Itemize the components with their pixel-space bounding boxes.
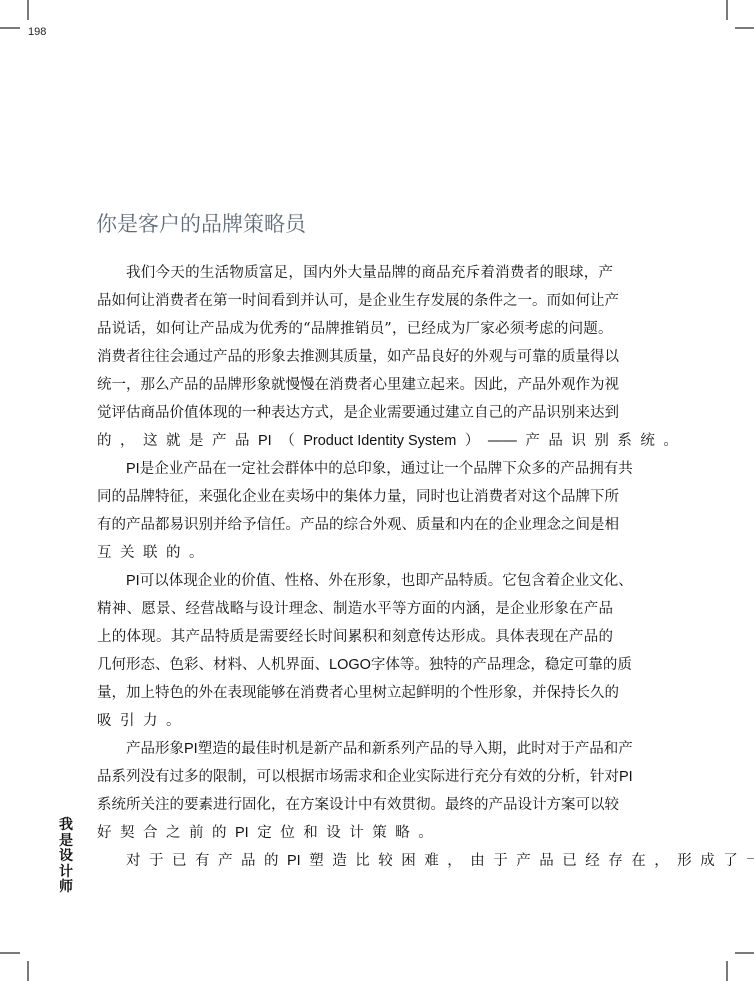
paragraph: 对于已有产品的PI塑造比较困难，由于产品已经存在，形成了一定的固化形象， bbox=[97, 847, 613, 875]
text-line: 品系列没有过多的限制，可以根据市场需求和企业实际进行充分有效的分析，针对PI bbox=[97, 763, 613, 791]
text-line: PI可以体现企业的价值、性格、外在形象，也即产品特质。它包含着企业文化、 bbox=[97, 567, 613, 595]
text-line: 对于已有产品的PI塑造比较困难，由于产品已经存在，形成了一定的固化形象， bbox=[97, 847, 613, 875]
text-line: 有的产品都易识别并给予信任。产品的综合外观、质量和内在的企业理念之间是相 bbox=[97, 511, 613, 539]
text-line: 同的品牌特征，来强化企业在卖场中的集体力量，同时也让消费者对这个品牌下所 bbox=[97, 483, 613, 511]
crop-mark-bottom-right-horizontal bbox=[735, 952, 754, 954]
text-line: 上的体现。其产品特质是需要经长时间累积和刻意传达形成。具体表现在产品的 bbox=[97, 623, 613, 651]
crop-mark-bottom-left-vertical bbox=[27, 961, 29, 981]
text-line: 品如何让消费者在第一时间看到并认可，是企业生存发展的条件之一。而如何让产 bbox=[97, 287, 613, 315]
paragraph: 我们今天的生活物质富足，国内外大量品牌的商品充斥着消费者的眼球，产品如何让消费者… bbox=[97, 259, 613, 455]
text-line: 量，加上特色的外在表现能够在消费者心里树立起鲜明的个性形象，并保持长久的 bbox=[97, 679, 613, 707]
text-line: 吸引力。 bbox=[97, 707, 613, 735]
page-number: 198 bbox=[28, 26, 46, 38]
section-title: 你是客户的品牌策略员 bbox=[96, 208, 306, 238]
crop-mark-top-right-vertical bbox=[726, 0, 728, 20]
crop-mark-top-right-horizontal bbox=[735, 27, 754, 29]
article-body: 我们今天的生活物质富足，国内外大量品牌的商品充斥着消费者的眼球，产品如何让消费者… bbox=[97, 259, 613, 875]
text-line: 消费者往往会通过产品的形象去推测其质量，如产品良好的外观与可靠的质量得以 bbox=[97, 343, 613, 371]
paragraph: PI是企业产品在一定社会群体中的总印象，通过让一个品牌下众多的产品拥有共同的品牌… bbox=[97, 455, 613, 567]
text-line: 系统所关注的要素进行固化，在方案设计中有效贯彻。最终的产品设计方案可以较 bbox=[97, 791, 613, 819]
crop-mark-top-left-vertical bbox=[27, 0, 29, 20]
text-line: 觉评估商品价值体现的一种表达方式，是企业需要通过建立自己的产品识别来达到 bbox=[97, 399, 613, 427]
text-line: 好契合之前的PI定位和设计策略。 bbox=[97, 819, 613, 847]
text-line: 产品形象PI塑造的最佳时机是新产品和新系列产品的导入期，此时对于产品和产 bbox=[97, 735, 613, 763]
paragraph: PI可以体现企业的价值、性格、外在形象，也即产品特质。它包含着企业文化、精神、愿… bbox=[97, 567, 613, 735]
paragraph: 产品形象PI塑造的最佳时机是新产品和新系列产品的导入期，此时对于产品和产品系列没… bbox=[97, 735, 613, 847]
crop-mark-top-left-horizontal bbox=[0, 27, 20, 29]
text-line: 的，这就是产品PI（Product Identity System）——产品识别… bbox=[97, 427, 613, 455]
crop-mark-bottom-left-horizontal bbox=[0, 952, 20, 954]
text-line: 品说话，如何让产品成为优秀的“品牌推销员”，已经成为厂家必须考虑的问题。 bbox=[97, 315, 613, 343]
text-line: PI是企业产品在一定社会群体中的总印象，通过让一个品牌下众多的产品拥有共 bbox=[97, 455, 613, 483]
text-line: 精神、愿景、经营战略与设计理念、制造水平等方面的内涵，是企业形象在产品 bbox=[97, 595, 613, 623]
text-line: 互关联的。 bbox=[97, 539, 613, 567]
crop-mark-bottom-right-vertical bbox=[726, 961, 728, 981]
side-running-label: 我是设计师 bbox=[58, 818, 74, 896]
text-line: 几何形态、色彩、材料、人机界面、LOGO字体等。独特的产品理念，稳定可靠的质 bbox=[97, 651, 613, 679]
text-line: 统一，那么产品的品牌形象就慢慢在消费者心里建立起来。因此，产品外观作为视 bbox=[97, 371, 613, 399]
text-line: 我们今天的生活物质富足，国内外大量品牌的商品充斥着消费者的眼球，产 bbox=[97, 259, 613, 287]
